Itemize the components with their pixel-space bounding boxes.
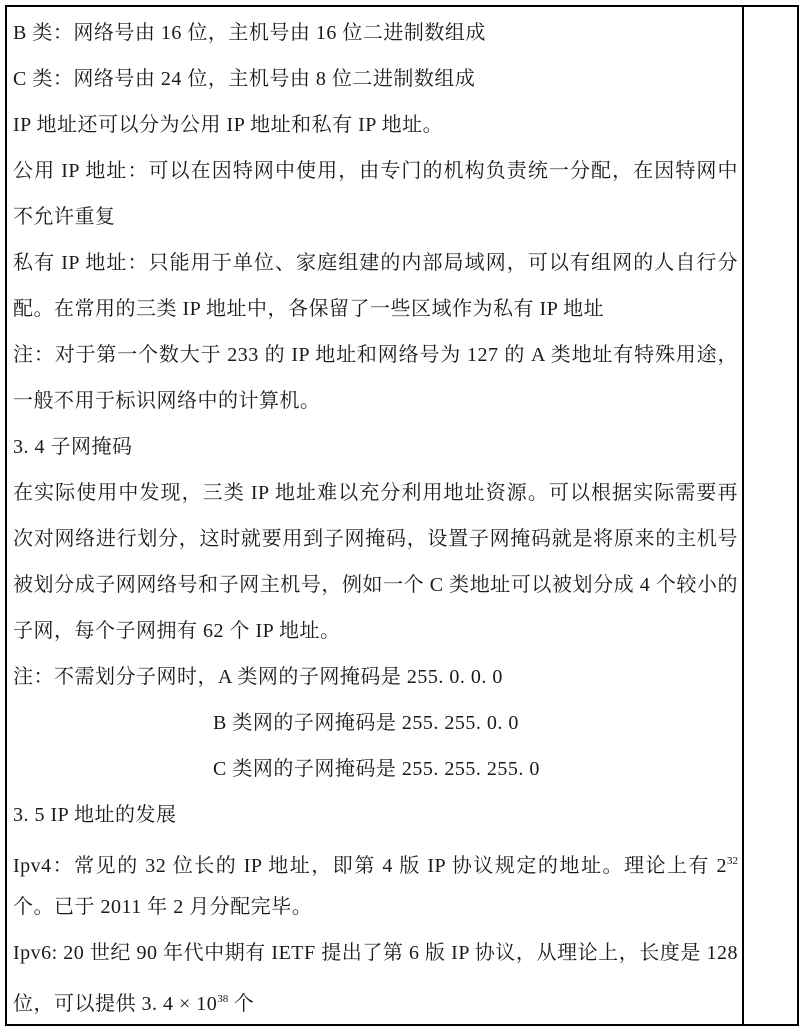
superscript: 32 [727,855,738,867]
text-line: 位，可以提供 3. 4 × 1038 个 [13,976,738,1022]
text-line: B 类：网络号由 16 位，主机号由 16 位二进制数组成 [13,10,738,56]
text-segment: 个。已于 2011 年 2 月分配完毕。 [13,896,312,918]
text-segment: 公用 IP 地址：可以在因特网中使用，由专门的机构负责统一分配，在因特网中 [13,160,738,182]
text-segment: C 类：网络号由 24 位，主机号由 8 位二进制数组成 [13,68,475,90]
text-line: 注：不需划分子网时，A 类网的子网掩码是 255. 0. 0. 0 [13,654,738,700]
text-line: Ipv6: 20 世纪 90 年代中期有 IETF 提出了第 6 版 IP 协议… [13,930,738,976]
text-line: 子网，每个子网拥有 62 个 IP 地址。 [13,608,738,654]
text-line: C 类网的子网掩码是 255. 255. 255. 0 [13,746,738,792]
text-line: 公用 IP 地址：可以在因特网中使用，由专门的机构负责统一分配，在因特网中 [13,148,738,194]
text-line: 配。在常用的三类 IP 地址中，各保留了一些区域作为私有 IP 地址 [13,286,738,332]
text-segment: 一般不用于标识网络中的计算机。 [13,390,321,412]
text-segment: Ipv6: 20 世纪 90 年代中期有 IETF 提出了第 6 版 IP 协议… [13,942,738,964]
text-segment: Ipv4：常见的 32 位长的 IP 地址，即第 4 版 IP 协议规定的地址。… [13,855,727,877]
text-segment: 3. 4 子网掩码 [13,436,133,458]
table-frame: B 类：网络号由 16 位，主机号由 16 位二进制数组成C 类：网络号由 24… [5,5,799,1026]
text-line: 一般不用于标识网络中的计算机。 [13,378,738,424]
text-line: Ipv4：常见的 32 位长的 IP 地址，即第 4 版 IP 协议规定的地址。… [13,838,738,884]
text-segment: 私有 IP 地址：只能用于单位、家庭组建的内部局域网，可以有组网的人自行分 [13,252,738,274]
text-segment: 不允许重复 [13,206,116,228]
text-line: 个。已于 2011 年 2 月分配完毕。 [13,884,738,930]
text-segment: 注：不需划分子网时，A 类网的子网掩码是 255. 0. 0. 0 [13,666,503,688]
text-line: 在实际使用中发现，三类 IP 地址难以充分利用地址资源。可以根据实际需要再 [13,470,738,516]
text-segment: 注：对于第一个数大于 233 的 IP 地址和网络号为 127 的 A 类地址有… [13,344,738,366]
text-segment: 子网，每个子网拥有 62 个 IP 地址。 [13,620,341,642]
text-line: 不允许重复 [13,194,738,240]
text-line: 3. 4 子网掩码 [13,424,738,470]
text-line: 注：对于第一个数大于 233 的 IP 地址和网络号为 127 的 A 类地址有… [13,332,738,378]
superscript: 38 [217,993,228,1005]
text-segment: 个 [228,993,254,1015]
content-column: B 类：网络号由 16 位，主机号由 16 位二进制数组成C 类：网络号由 24… [7,7,742,1024]
text-segment: C 类网的子网掩码是 255. 255. 255. 0 [213,758,540,780]
empty-side-column [742,7,797,1024]
text-segment: 在实际使用中发现，三类 IP 地址难以充分利用地址资源。可以根据实际需要再 [13,482,738,504]
text-line: B 类网的子网掩码是 255. 255. 0. 0 [13,700,738,746]
text-line: C 类：网络号由 24 位，主机号由 8 位二进制数组成 [13,56,738,102]
text-segment: IP 地址还可以分为公用 IP 地址和私有 IP 地址。 [13,114,443,136]
document-page: B 类：网络号由 16 位，主机号由 16 位二进制数组成C 类：网络号由 24… [0,0,806,1033]
text-segment: 3. 5 IP 地址的发展 [13,804,177,826]
text-segment: 次对网络进行划分，这时就要用到子网掩码，设置子网掩码就是将原来的主机号 [13,528,738,550]
text-line: 被划分成子网网络号和子网主机号，例如一个 C 类地址可以被划分成 4 个较小的 [13,562,738,608]
text-segment: B 类：网络号由 16 位，主机号由 16 位二进制数组成 [13,22,486,44]
text-line: 次对网络进行划分，这时就要用到子网掩码，设置子网掩码就是将原来的主机号 [13,516,738,562]
text-segment: 位，可以提供 3. 4 × 10 [13,993,217,1015]
text-line: 3. 5 IP 地址的发展 [13,792,738,838]
text-segment: B 类网的子网掩码是 255. 255. 0. 0 [213,712,519,734]
text-segment: 配。在常用的三类 IP 地址中，各保留了一些区域作为私有 IP 地址 [13,298,604,320]
text-segment: 被划分成子网网络号和子网主机号，例如一个 C 类地址可以被划分成 4 个较小的 [13,574,738,596]
text-line: 私有 IP 地址：只能用于单位、家庭组建的内部局域网，可以有组网的人自行分 [13,240,738,286]
text-line: IP 地址还可以分为公用 IP 地址和私有 IP 地址。 [13,102,738,148]
